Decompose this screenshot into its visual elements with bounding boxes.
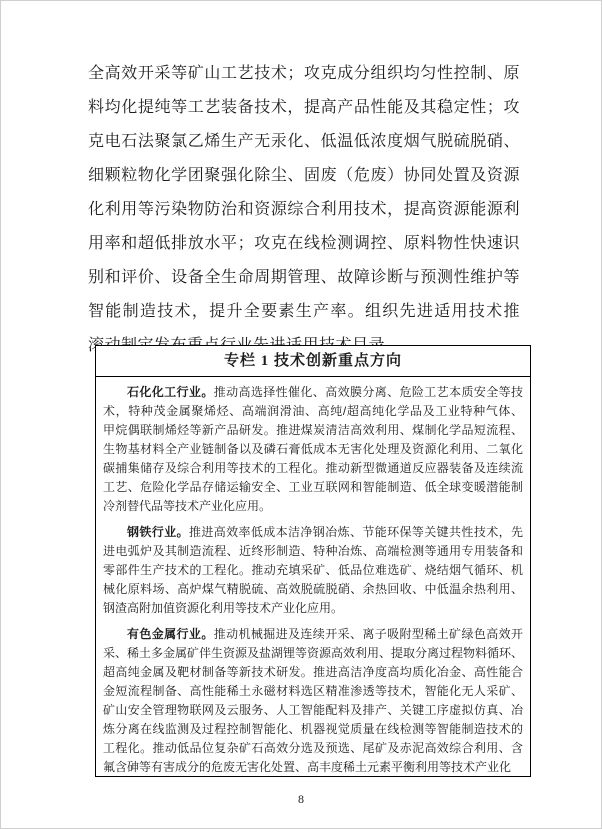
highlight-box-column-1: 专栏 1 技术创新重点方向 石化化工行业。推动高选择性催化、高效膜分离、危险工艺… bbox=[95, 345, 531, 777]
section-line: 工程化。推动低品位复杂矿石高效分选及预选、尾矿及赤泥高效综合利用、含 bbox=[103, 739, 523, 758]
section-line: 钢渣高附加值资源化利用等技术产业化应用。 bbox=[103, 599, 523, 618]
section-lines: 进电弧炉及其制造流程、近终形制造、特种冶炼、高端检测等通用专用装备和零部件生产技… bbox=[103, 542, 523, 618]
paragraph-line: 全高效开采等矿山工艺技术；攻克成分组织均匀性控制、原 bbox=[88, 57, 520, 91]
paragraph-line: 细颗粒物化学团聚强化除尘、固废（危废）协同处置及资源 bbox=[88, 159, 520, 193]
main-paragraph: 全高效开采等矿山工艺技术；攻克成分组织均匀性控制、原料均化提纯等工艺装备技术，提… bbox=[88, 57, 520, 363]
section-lead: 石化化工行业。 bbox=[127, 385, 214, 399]
section-petrochemical: 石化化工行业。推动高选择性催化、高效膜分离、危险工艺本质安全等技 术，特种茂金属… bbox=[103, 383, 523, 516]
paragraph-line: 克电石法聚氯乙烯生产无汞化、低温低浓度烟气脱硫脱硝、 bbox=[88, 125, 520, 159]
section-line: 生物基材料全产业链制备以及磷石膏低成本无害化处理及资源化利用、二氧化 bbox=[103, 440, 523, 459]
section-first-line: 石化化工行业。推动高选择性催化、高效膜分离、危险工艺本质安全等技 bbox=[103, 383, 523, 402]
section-line: 械化原料场、高炉煤气精脱硫、高效脱硫脱硝、余热回收、中低温余热利用、 bbox=[103, 580, 523, 599]
section-line: 零部件生产技术的工程化。推动充填采矿、低品位难选矿、烧结烟气循环、机 bbox=[103, 561, 523, 580]
panel-body: 石化化工行业。推动高选择性催化、高效膜分离、危险工艺本质安全等技 术，特种茂金属… bbox=[96, 377, 530, 777]
section-lead: 钢铁行业。 bbox=[127, 525, 189, 539]
section-line: 甲烷偶联制烯烃等新产品研发。推进煤炭清洁高效利用、煤制化学品短流程、 bbox=[103, 421, 523, 440]
section-line: 氟含砷等有害成分的危废无害化处置、高丰度稀土元素平衡利用等技术产业化 bbox=[103, 758, 523, 777]
section-line: 采、稀土多金属矿伴生资源及盐湖锂等资源高效利用、提取分离过程物料循环、 bbox=[103, 644, 523, 663]
panel-title: 专栏 1 技术创新重点方向 bbox=[96, 346, 530, 377]
section-line: 金短流程制备、高性能稀土永磁材料选区精准渗透等技术，智能化无人采矿、 bbox=[103, 682, 523, 701]
paragraph-line: 用率和超低排放水平；攻克在线检测调控、原料物性快速识 bbox=[88, 227, 520, 261]
page-number: 8 bbox=[1, 792, 601, 807]
section-line: 碳捕集储存及综合利用等技术的工程化。推动新型微通道反应器装备及连续流 bbox=[103, 459, 523, 478]
section-lead: 有色金属行业。 bbox=[127, 627, 214, 641]
section-line: 冷剂替代品等技术产业化应用。 bbox=[103, 497, 523, 516]
section-line: 术，特种茂金属聚烯烃、高端润滑油、高纯/超高纯化学品及工业特种气体、 bbox=[103, 402, 523, 421]
section-first-line-text: 推动机械掘进及连续开采、离子吸附型稀土矿绿色高效开 bbox=[214, 627, 523, 641]
paragraph-line: 化利用等污染物防治和资源综合利用技术，提高资源能源利 bbox=[88, 193, 520, 227]
section-first-line: 有色金属行业。推动机械掘进及连续开采、离子吸附型稀土矿绿色高效开 bbox=[103, 625, 523, 644]
section-line: 进电弧炉及其制造流程、近终形制造、特种冶炼、高端检测等通用专用装备和 bbox=[103, 542, 523, 561]
section-line: 炼分离在线监测及过程控制智能化、机器视觉质量在线检测等智能制造技术的 bbox=[103, 720, 523, 739]
section-line: 矿山安全管理物联网及云服务、人工智能配料及排产、关键工序虚拟仿真、冶 bbox=[103, 701, 523, 720]
section-first-line-text: 推进高效率低成本洁净钢冶炼、节能环保等关键共性技术，先 bbox=[189, 525, 523, 539]
section-steel: 钢铁行业。推进高效率低成本洁净钢冶炼、节能环保等关键共性技术，先 进电弧炉及其制… bbox=[103, 523, 523, 618]
paragraph-line: 别和评价、设备全生命周期管理、故障诊断与预测性维护等 bbox=[88, 261, 520, 295]
section-lines: 采、稀土多金属矿伴生资源及盐湖锂等资源高效利用、提取分离过程物料循环、超高纯金属… bbox=[103, 644, 523, 777]
paragraph-line: 料均化提纯等工艺装备技术，提高产品性能及其稳定性；攻 bbox=[88, 91, 520, 125]
section-nonferrous: 有色金属行业。推动机械掘进及连续开采、离子吸附型稀土矿绿色高效开 采、稀土多金属… bbox=[103, 625, 523, 777]
section-first-line: 钢铁行业。推进高效率低成本洁净钢冶炼、节能环保等关键共性技术，先 bbox=[103, 523, 523, 542]
section-line: 超高纯金属及靶材制备等新技术研发。推进高洁净度高均质化冶金、高性能合 bbox=[103, 663, 523, 682]
paragraph-line: 智能制造技术，提升全要素生产率。组织先进适用技术推广， bbox=[88, 295, 520, 329]
section-line: 工艺、危险化学品存储运输安全、工业互联网和智能制造、低全球变暖潜能制 bbox=[103, 478, 523, 497]
section-first-line-text: 推动高选择性催化、高效膜分离、危险工艺本质安全等技 bbox=[214, 385, 523, 399]
section-lines: 术，特种茂金属聚烯烃、高端润滑油、高纯/超高纯化学品及工业特种气体、甲烷偶联制烯… bbox=[103, 402, 523, 516]
document-page: 全高效开采等矿山工艺技术；攻克成分组织均匀性控制、原料均化提纯等工艺装备技术，提… bbox=[0, 0, 602, 829]
